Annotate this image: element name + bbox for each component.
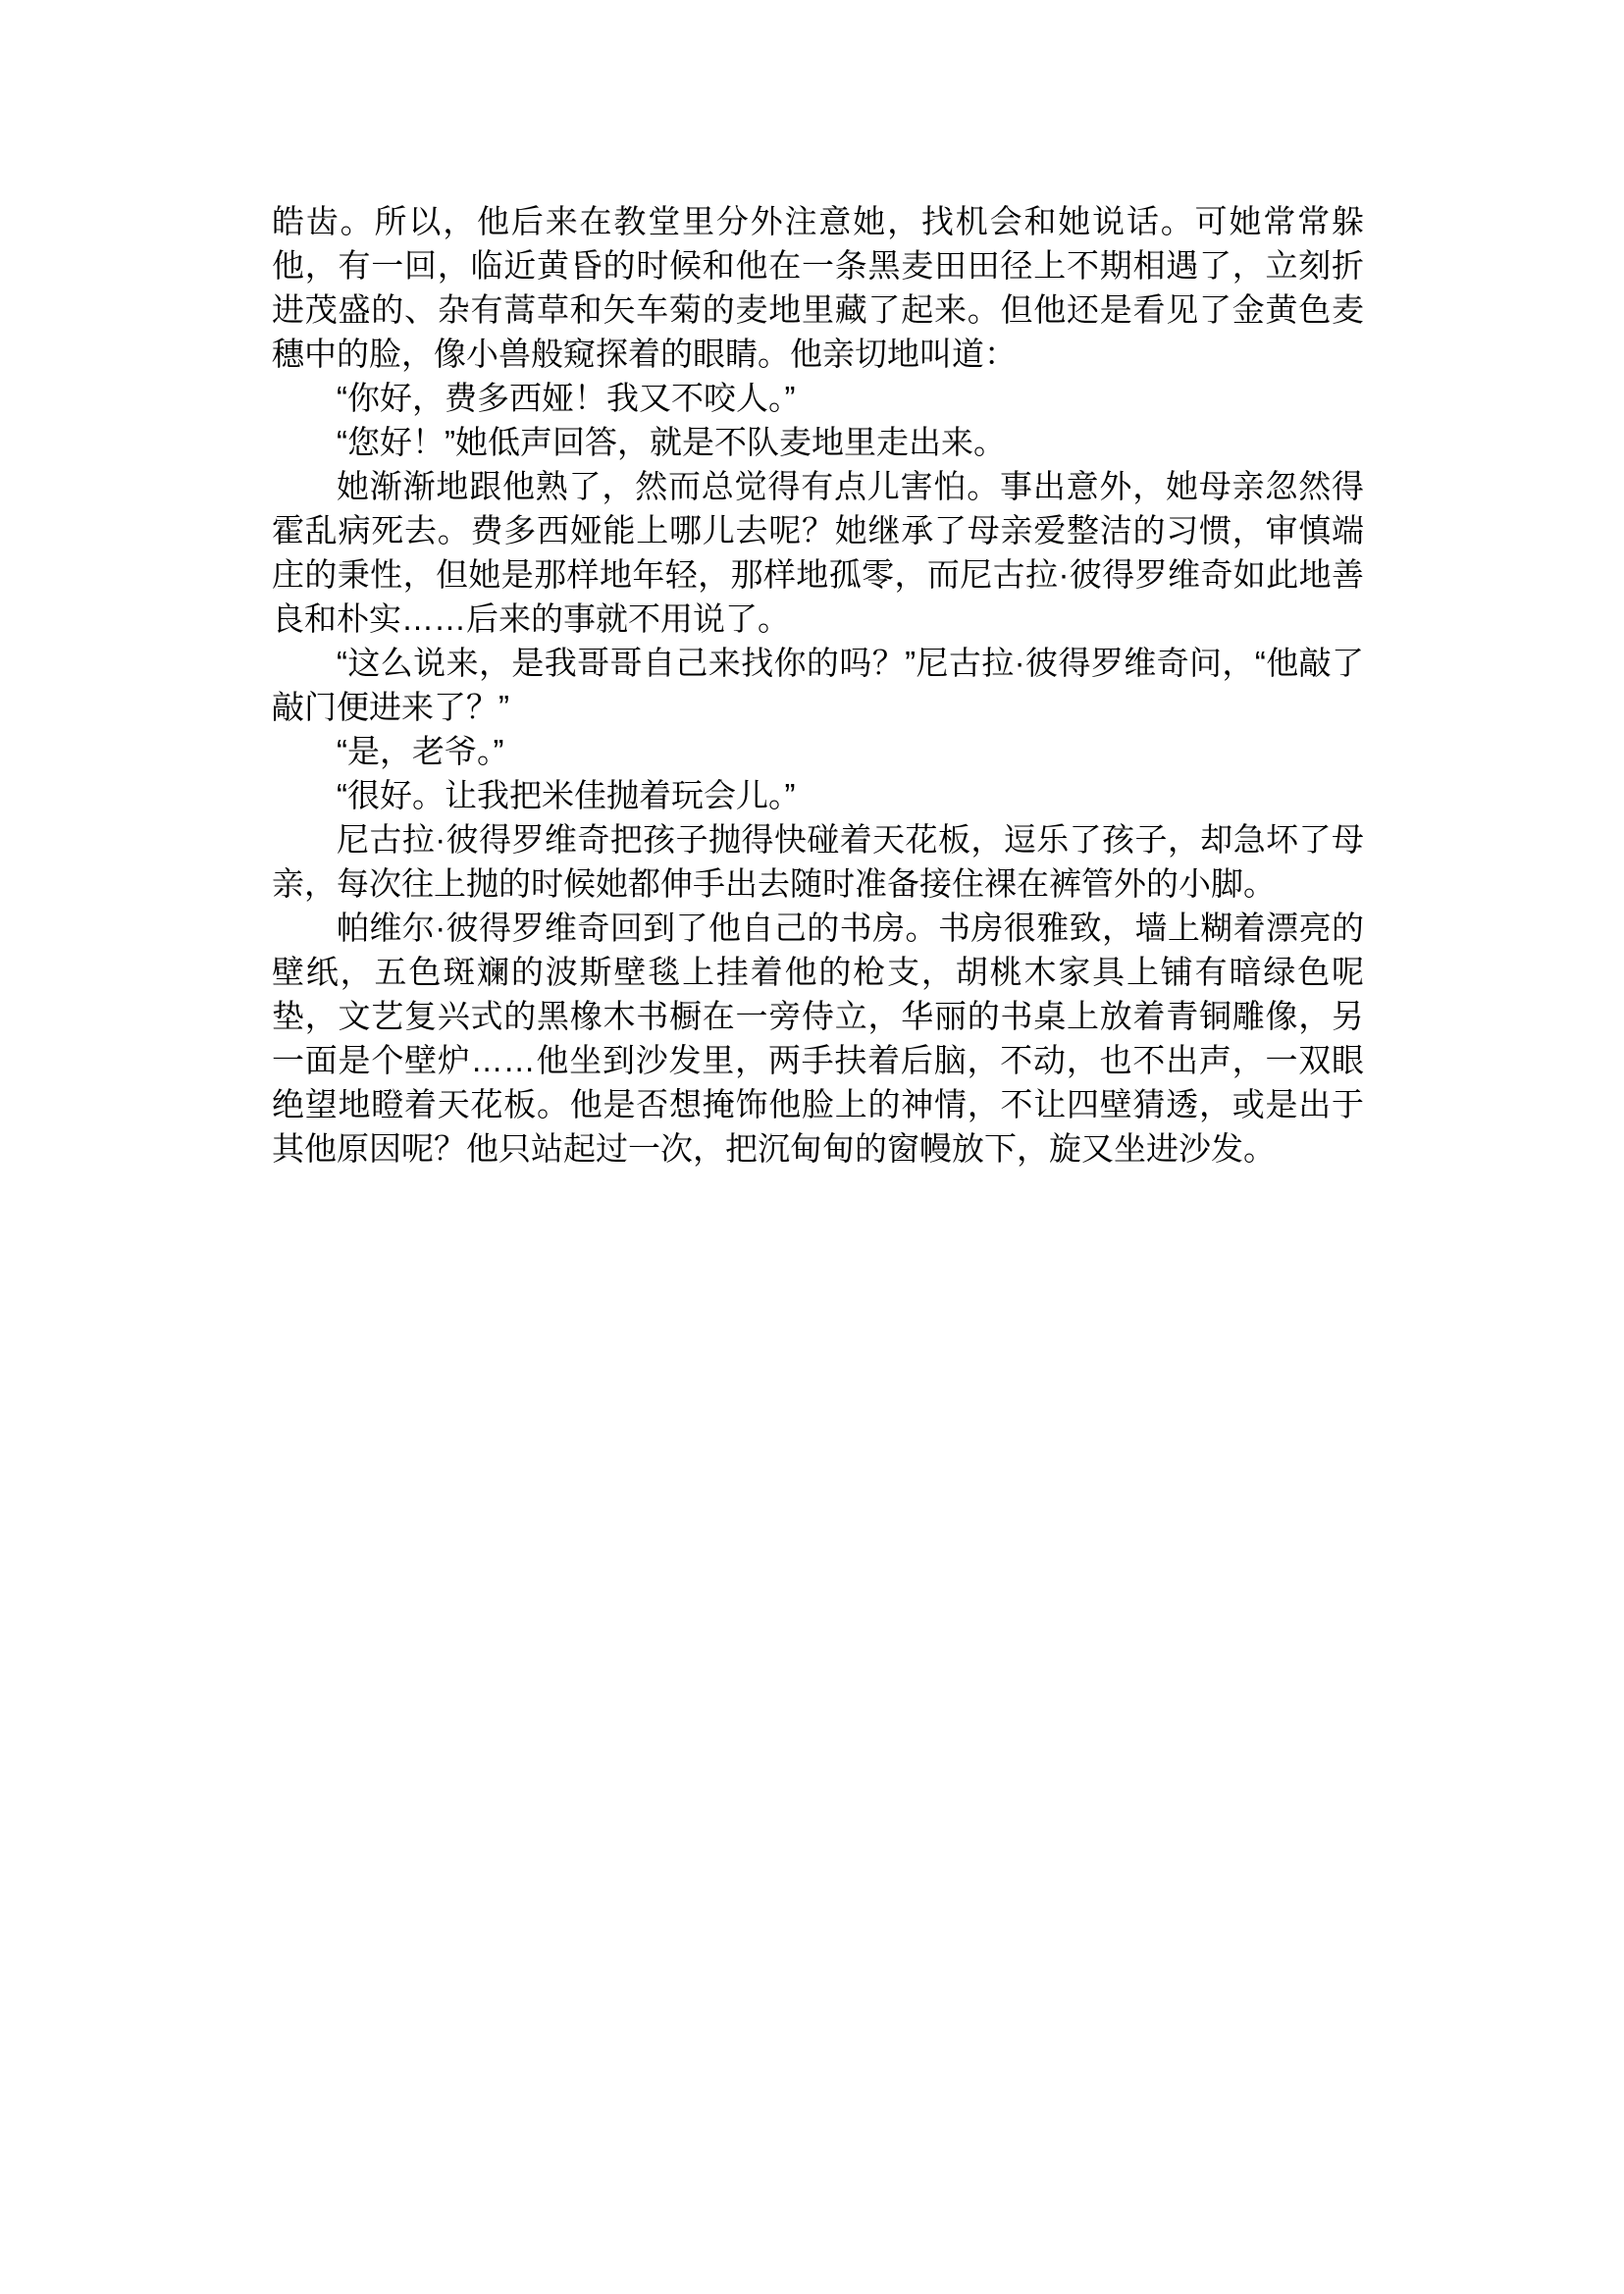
page-background: 皓齿。所以，他后来在教堂里分外注意她，找机会和她说话。可她常常躲他，有一回，临近…: [0, 0, 1624, 2294]
body-text-block: 皓齿。所以，他后来在教堂里分外注意她，找机会和她说话。可她常常躲他，有一回，临近…: [272, 199, 1364, 1171]
paragraph-dialogue: “这么说来，是我哥哥自己来找你的吗？”尼古拉·彼得罗维奇问，“他敲了敲门便进来了…: [272, 641, 1364, 729]
paragraph-dialogue: “是，老爷。”: [272, 729, 1364, 773]
paragraph-dialogue: “你好，费多西娅！我又不咬人。”: [272, 376, 1364, 420]
paragraph-dialogue: “您好！”她低声回答，就是不队麦地里走出来。: [272, 420, 1364, 464]
paragraph-narrative: 尼古拉·彼得罗维奇把孩子抛得快碰着天花板，逗乐了孩子，却急坏了母亲，每次往上抛的…: [272, 817, 1364, 906]
paragraph-narrative: 帕维尔·彼得罗维奇回到了他自己的书房。书房很雅致，墙上糊着漂亮的壁纸，五色斑斓的…: [272, 906, 1364, 1171]
paragraph-narrative: 她渐渐地跟他熟了，然而总觉得有点儿害怕。事出意外，她母亲忽然得霍乱病死去。费多西…: [272, 464, 1364, 641]
paragraph-continuation: 皓齿。所以，他后来在教堂里分外注意她，找机会和她说话。可她常常躲他，有一回，临近…: [272, 199, 1364, 376]
paragraph-dialogue: “很好。让我把米佳抛着玩会儿。”: [272, 773, 1364, 817]
book-page: { "document": { "type": "book-page", "la…: [0, 0, 1624, 2294]
